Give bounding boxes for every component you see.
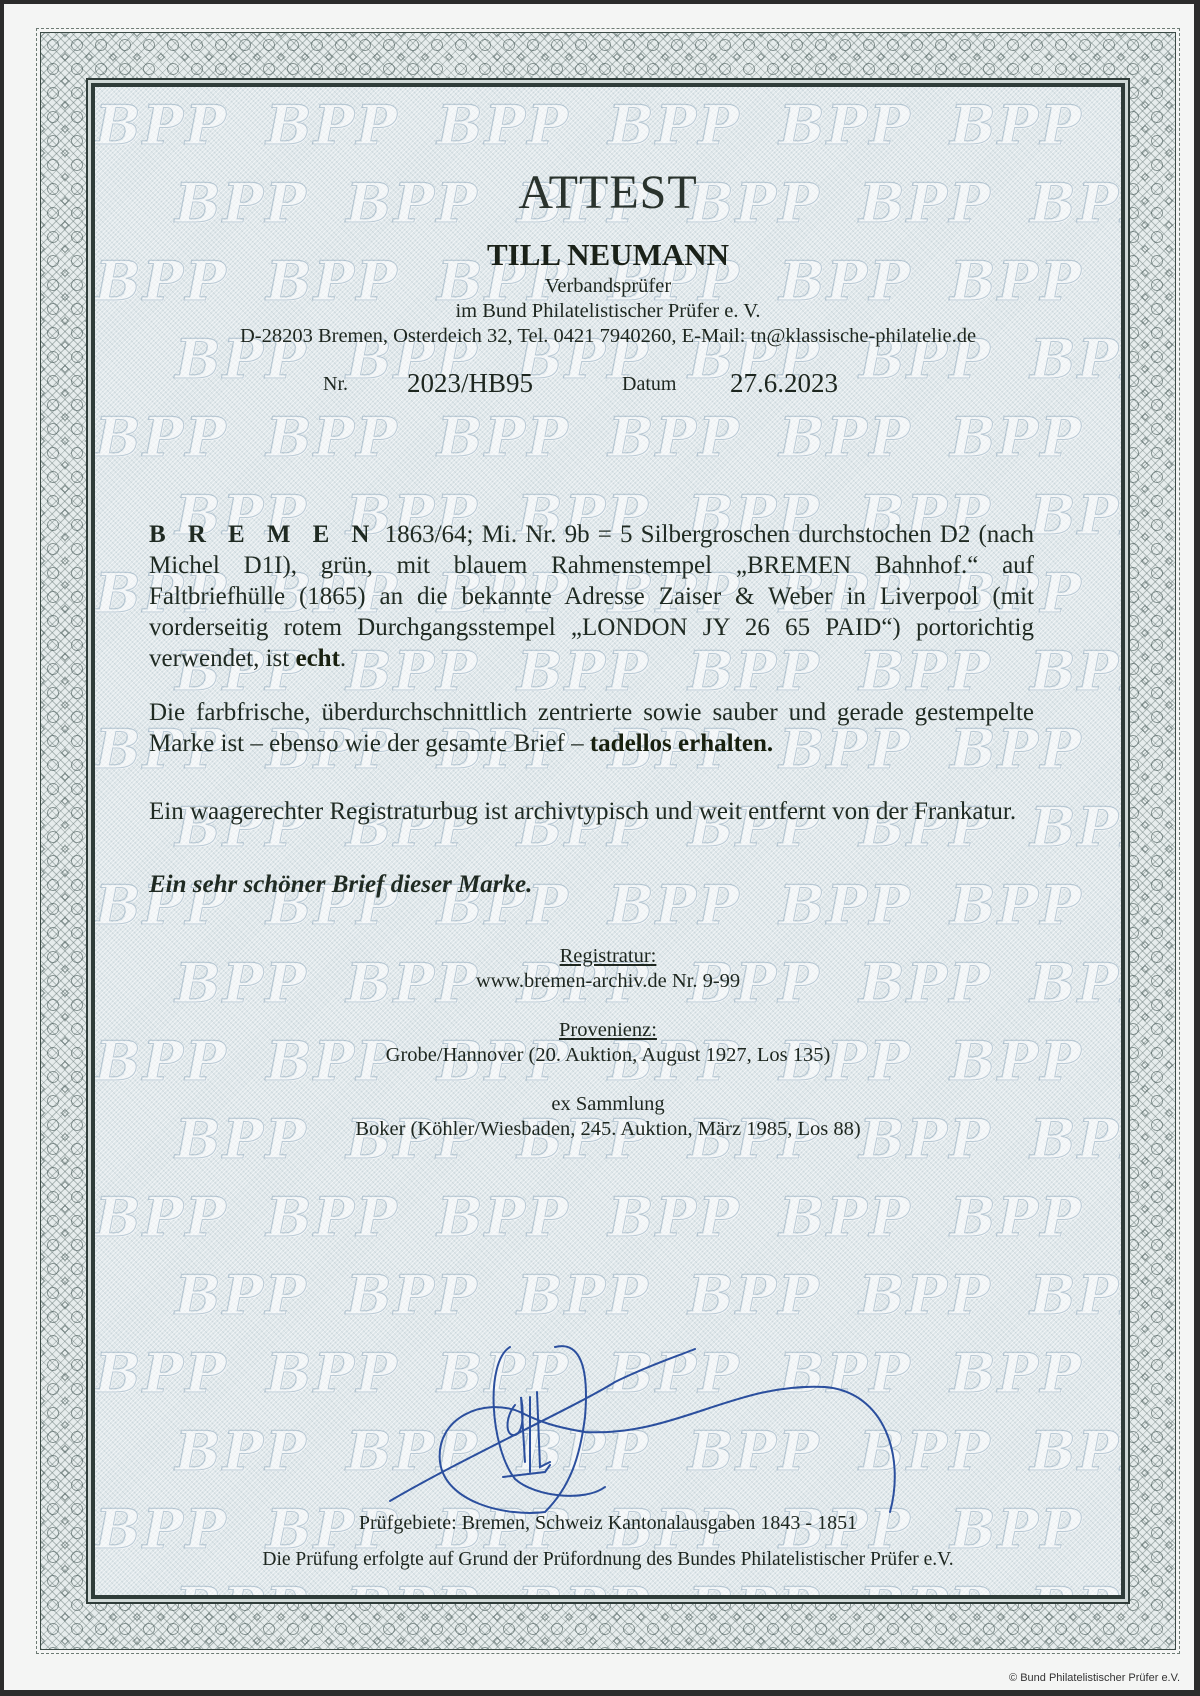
stamp-country: B R E M E N — [149, 521, 376, 548]
certificate-date: 27.6.2023 — [730, 368, 838, 399]
ex-sammlung-block: ex Sammlung Boker (Köhler/Wiesbaden, 245… — [95, 1092, 1121, 1142]
examination-areas: Prüfgebiete: Bremen, Schweiz Kantonalaus… — [95, 1512, 1121, 1535]
guilloche-border: BPPBPPBPPBPPBPPBPPBPPBPPBPPBPPBPPBPPBPPB… — [40, 32, 1176, 1650]
handwritten-signature-icon — [345, 1287, 905, 1517]
summary-statement: Ein sehr schöner Brief dieser Marke. — [149, 869, 1034, 900]
examination-rules-note: Die Prüfung erfolgte auf Grund der Prüfo… — [95, 1549, 1121, 1571]
punctuation: . — [340, 645, 346, 672]
ex-sammlung-value: Boker (Köhler/Wiesbaden, 245. Auktion, M… — [95, 1117, 1121, 1142]
provenienz-value: Grobe/Hannover (20. Auktion, August 1927… — [95, 1043, 1121, 1068]
fold-note-paragraph: Ein waagerechter Registraturbug ist arch… — [149, 796, 1034, 827]
registratur-block: Registratur: www.bremen-archiv.de Nr. 9-… — [95, 944, 1121, 994]
date-label: Datum — [622, 373, 676, 396]
examiner-name: TILL NEUMANN — [95, 237, 1121, 273]
certificate-number: 2023/HB95 — [407, 368, 533, 399]
examiner-contact: D-28203 Bremen, Osterdeich 32, Tel. 0421… — [95, 325, 1121, 348]
condition-verdict: tadellos erhalten. — [590, 730, 773, 757]
condition-paragraph: Die farbfrische, überdurchschnittlich ze… — [149, 697, 1034, 759]
registratur-value: www.bremen-archiv.de Nr. 9-99 — [95, 969, 1121, 994]
certificate-paper: BPPBPPBPPBPPBPPBPPBPPBPPBPPBPPBPPBPPBPPB… — [4, 4, 1194, 1690]
examiner-role: Verbandsprüfer — [95, 275, 1121, 298]
certificate-title: ATTEST — [95, 165, 1121, 220]
provenienz-block: Provenienz: Grobe/Hannover (20. Auktion,… — [95, 1018, 1121, 1068]
copyright-notice: © Bund Philatelistischer Prüfer e.V. — [1009, 1672, 1180, 1684]
provenienz-heading: Provenienz: — [95, 1018, 1121, 1043]
certificate-content: ATTEST TILL NEUMANN Verbandsprüfer im Bu… — [95, 87, 1121, 1595]
stamp-description: B R E M E N 1863/64; Mi. Nr. 9b = 5 Silb… — [149, 519, 1034, 674]
verdict-genuine: echt — [295, 645, 339, 672]
registratur-heading: Registratur: — [95, 944, 1121, 969]
number-label: Nr. — [323, 373, 348, 396]
association-name: im Bund Philatelistischer Prüfer e. V. — [95, 300, 1121, 323]
certificate-frame: BPPBPPBPPBPPBPPBPPBPPBPPBPPBPPBPPBPPBPPB… — [91, 83, 1125, 1599]
ex-sammlung-heading: ex Sammlung — [95, 1092, 1121, 1117]
